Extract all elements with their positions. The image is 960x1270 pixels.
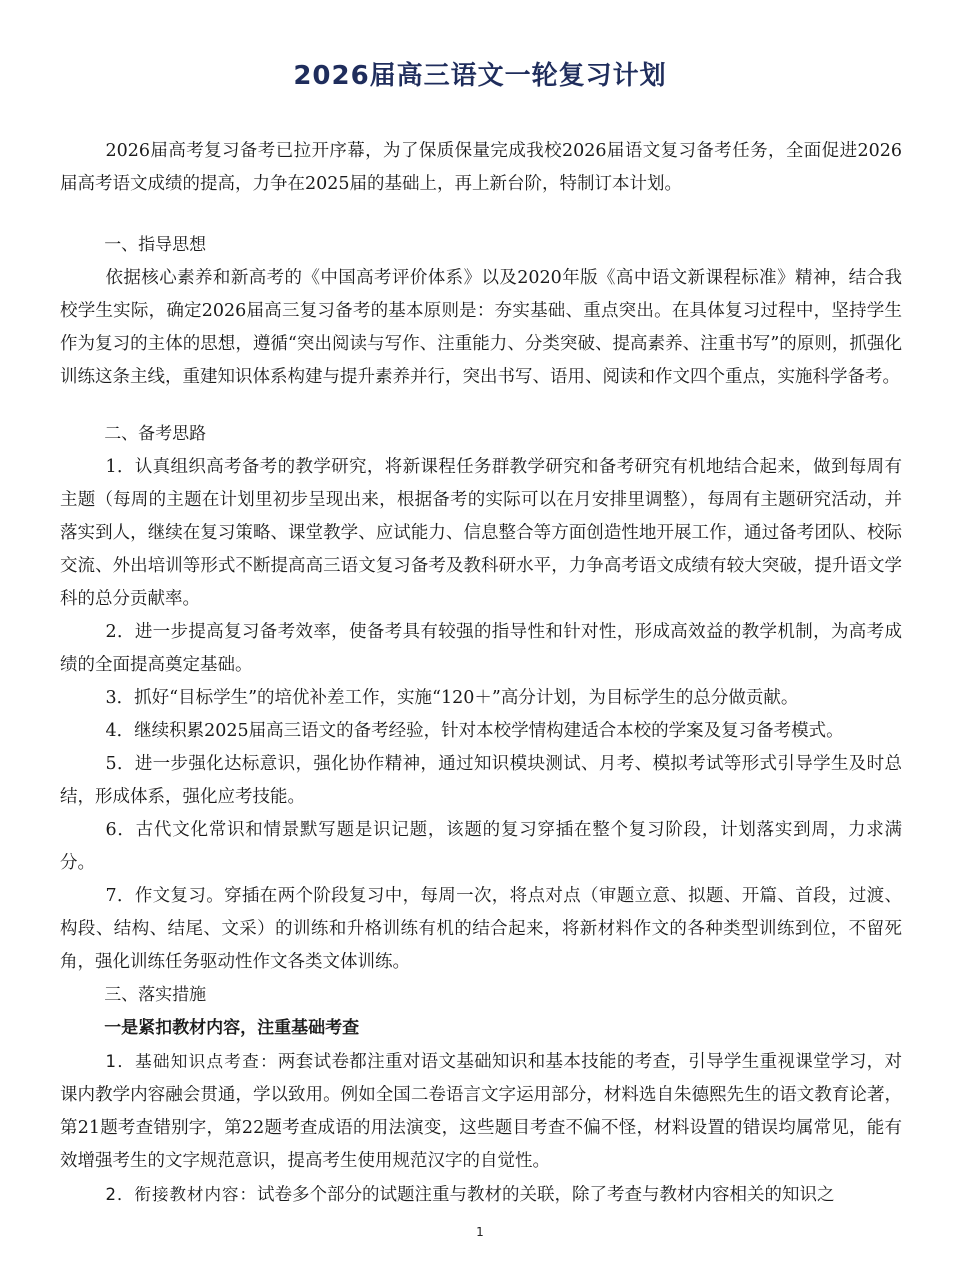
guiding-ideology-paragraph: 依据核心素养和新高考的《中国高考评价体系》以及2020年版《高中语文新课程标准》… bbox=[60, 262, 902, 394]
section-heading-implementation: 三、落实措施 bbox=[60, 979, 902, 1012]
approach-item-4: 4．继续积累2025届高三语文的备考经验，针对本校学情构建适合本校的学案及复习备… bbox=[60, 715, 902, 748]
intro-paragraph: 2026届高考复习备考已拉开序幕，为了保质保量完成我校2026届语文复习备考任务… bbox=[60, 135, 902, 201]
section-heading-guiding-ideology: 一、指导思想 bbox=[60, 229, 902, 262]
approach-item-5: 5．进一步强化达标意识，强化协作精神，通过知识模块测试、月考、模拟考试等形式引导… bbox=[60, 748, 902, 814]
document-body: 2026届高考复习备考已拉开序幕，为了保质保量完成我校2026届语文复习备考任务… bbox=[60, 135, 902, 1212]
document-title: 2026届高三语文一轮复习计划 bbox=[0, 56, 960, 96]
measure-item-2-text: 试卷多个部分的试题注重与教材的关联，除了考查与教材内容相关的知识之 bbox=[257, 1185, 835, 1205]
measure-item-2-label: 2．衔接教材内容： bbox=[106, 1185, 258, 1204]
approach-item-1: 1．认真组织高考备考的教学研究，将新课程任务群教学研究和备考研究有机地结合起来，… bbox=[60, 451, 902, 616]
subsection-heading-textbook-basics: 一是紧扣教材内容，注重基础考查 bbox=[60, 1012, 902, 1045]
measure-item-1-label: 1．基础知识点考查： bbox=[106, 1052, 278, 1071]
approach-item-3: 3．抓好“目标学生”的培优补差工作，实施“120＋”高分计划，为目标学生的总分做… bbox=[60, 682, 902, 715]
section-heading-review-approach: 二、备考思路 bbox=[60, 418, 902, 451]
page-number: 1 bbox=[0, 1225, 960, 1239]
document-page: 2026届高三语文一轮复习计划 2026届高考复习备考已拉开序幕，为了保质保量完… bbox=[0, 0, 960, 1270]
approach-item-6: 6．古代文化常识和情景默写题是识记题，该题的复习穿插在整个复习阶段，计划落实到周… bbox=[60, 814, 902, 880]
approach-item-2: 2．进一步提高复习备考效率，使备考具有较强的指导性和针对性，形成高效益的教学机制… bbox=[60, 616, 902, 682]
approach-item-7: 7．作文复习。穿插在两个阶段复习中，每周一次，将点对点（审题立意、拟题、开篇、首… bbox=[60, 880, 902, 979]
measure-item-1: 1．基础知识点考查：两套试卷都注重对语文基础知识和基本技能的考查，引导学生重视课… bbox=[60, 1045, 902, 1178]
measure-item-2: 2．衔接教材内容：试卷多个部分的试题注重与教材的关联，除了考查与教材内容相关的知… bbox=[60, 1178, 902, 1212]
